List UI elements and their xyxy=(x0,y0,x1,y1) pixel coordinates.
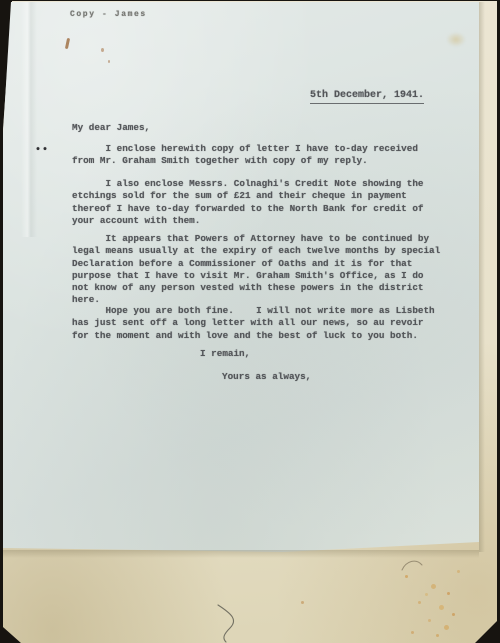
closing-line: I remain, xyxy=(200,348,250,360)
copy-annotation: Copy - James xyxy=(70,9,147,21)
paragraph: I also enclose Messrs. Colnaghi's Credit… xyxy=(72,178,423,227)
letter-sheet: Copy - James 5th December, 1941. My dear… xyxy=(3,2,479,554)
foxing-streak xyxy=(65,38,70,49)
hair-fiber xyxy=(400,556,426,574)
paragraph: Hope you are both fine. I will not write… xyxy=(72,305,435,342)
signoff-line: Yours as always, xyxy=(222,371,311,383)
paragraph: It appears that Powers of Attorney have … xyxy=(72,233,440,307)
foxing-cluster xyxy=(0,0,3,3)
paragraph: I enclose herewith copy of letter I have… xyxy=(72,143,418,168)
hair-fiber xyxy=(210,600,250,643)
foxing-blotch xyxy=(446,32,466,47)
paper-crease xyxy=(21,2,37,237)
foxing-spot xyxy=(108,60,110,63)
sheet-edge-shadow xyxy=(479,2,485,552)
margin-mark: •• xyxy=(35,145,49,157)
letter-date: 5th December, 1941. xyxy=(310,90,424,104)
salutation: My dear James, xyxy=(72,122,150,134)
photo-background: Copy - James 5th December, 1941. My dear… xyxy=(0,0,500,643)
foxing-spot xyxy=(101,48,104,52)
